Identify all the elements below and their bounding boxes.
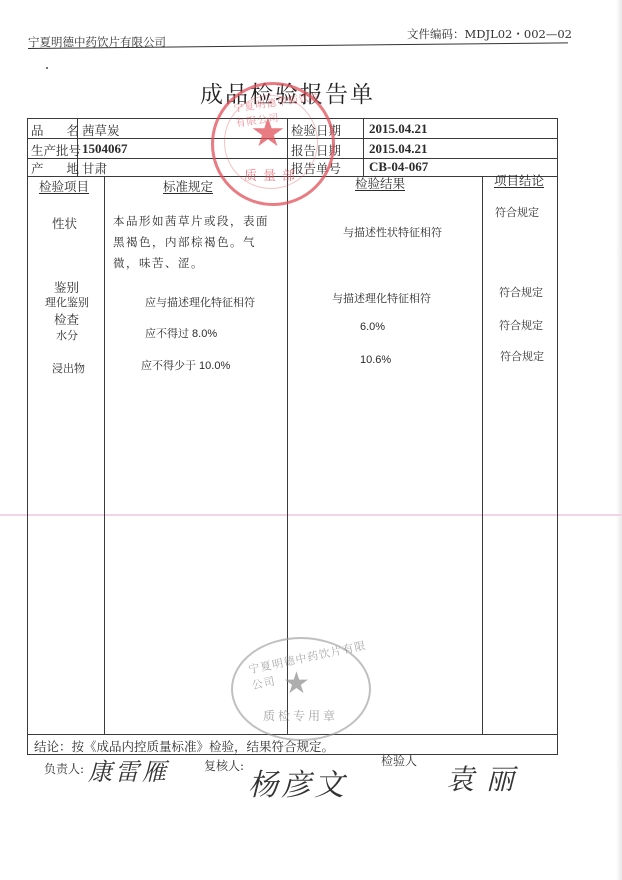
row4-conclusion: 符合规定	[500, 348, 544, 364]
quality-dept-stamp: 宁夏明德中药饮片有限公司 ★ 质量部	[211, 82, 335, 206]
row3-standard: 应不得过 8.0%	[145, 325, 217, 341]
product-name-label: 品名	[31, 121, 79, 139]
inspect-date-value: 2015.04.21	[369, 121, 428, 137]
inspector-label: 检验人	[381, 752, 417, 769]
scan-edge	[616, 0, 622, 880]
batch-label: 生产批号	[31, 141, 81, 159]
report-no-value: CB-04-067	[369, 159, 428, 175]
star-icon: ★	[283, 669, 310, 699]
row3-item: 检查	[54, 310, 79, 328]
col-header-item: 检验项目	[39, 177, 89, 195]
reviewer-signature: 杨彦文	[248, 760, 347, 804]
product-name-value: 茜草炭	[82, 121, 120, 139]
document-code: 文件编码：MDJL02・002—02	[407, 26, 572, 42]
col-divider	[482, 176, 483, 734]
batch-value: 1504067	[82, 141, 128, 157]
qc-seal-stamp: 宁夏明德中药饮片有限公司 ★ 质检专用章	[231, 637, 371, 741]
responsible-signature: 康雷雁	[88, 752, 169, 787]
row3-sub-item: 水分	[56, 327, 78, 343]
row1-standard: 本品形如茜草片或段，表面黑褐色，内部棕褐色。气微，味苦、涩。	[113, 211, 273, 274]
col-header-result: 检验结果	[355, 174, 405, 192]
row1-conclusion: 符合规定	[495, 204, 539, 220]
table-border-left	[27, 118, 28, 755]
row1-item: 性状	[52, 214, 77, 232]
row1-result: 与描述性状特征相符	[343, 224, 442, 240]
col-divider	[363, 118, 364, 176]
report-date-value: 2015.04.21	[369, 141, 428, 157]
table-border-right	[557, 118, 558, 755]
row2-standard: 应与描述理化特征相符	[145, 294, 255, 310]
reviewer-label: 复核人:	[204, 757, 244, 774]
origin-value: 甘肃	[82, 159, 107, 177]
col-header-conclusion: 项目结论	[494, 171, 544, 189]
stamp-center-text: 质量部	[244, 165, 301, 184]
row4-item: 浸出物	[52, 360, 85, 376]
inspector-signature: 袁丽	[446, 758, 526, 798]
stamp-center-text: 质检专用章	[263, 707, 338, 724]
row2-result: 与描述理化特征相符	[332, 290, 431, 306]
row2-sub-item: 理化鉴别	[45, 294, 89, 310]
col-divider	[104, 176, 105, 734]
scan-speck	[46, 67, 48, 69]
star-icon: ★	[250, 113, 286, 153]
origin-label: 产地	[31, 159, 79, 177]
col-header-standard: 标准规定	[163, 177, 213, 195]
row4-result: 10.6%	[360, 354, 391, 366]
row2-conclusion: 符合规定	[499, 284, 543, 300]
responsible-label: 负责人:	[44, 760, 84, 777]
overall-conclusion: 结论：按《成品内控质量标准》检验，结果符合规定。	[34, 737, 334, 755]
row4-standard: 应不得少于 10.0%	[141, 357, 230, 373]
row3-result: 6.0%	[360, 321, 385, 333]
row3-conclusion: 符合规定	[499, 317, 543, 333]
